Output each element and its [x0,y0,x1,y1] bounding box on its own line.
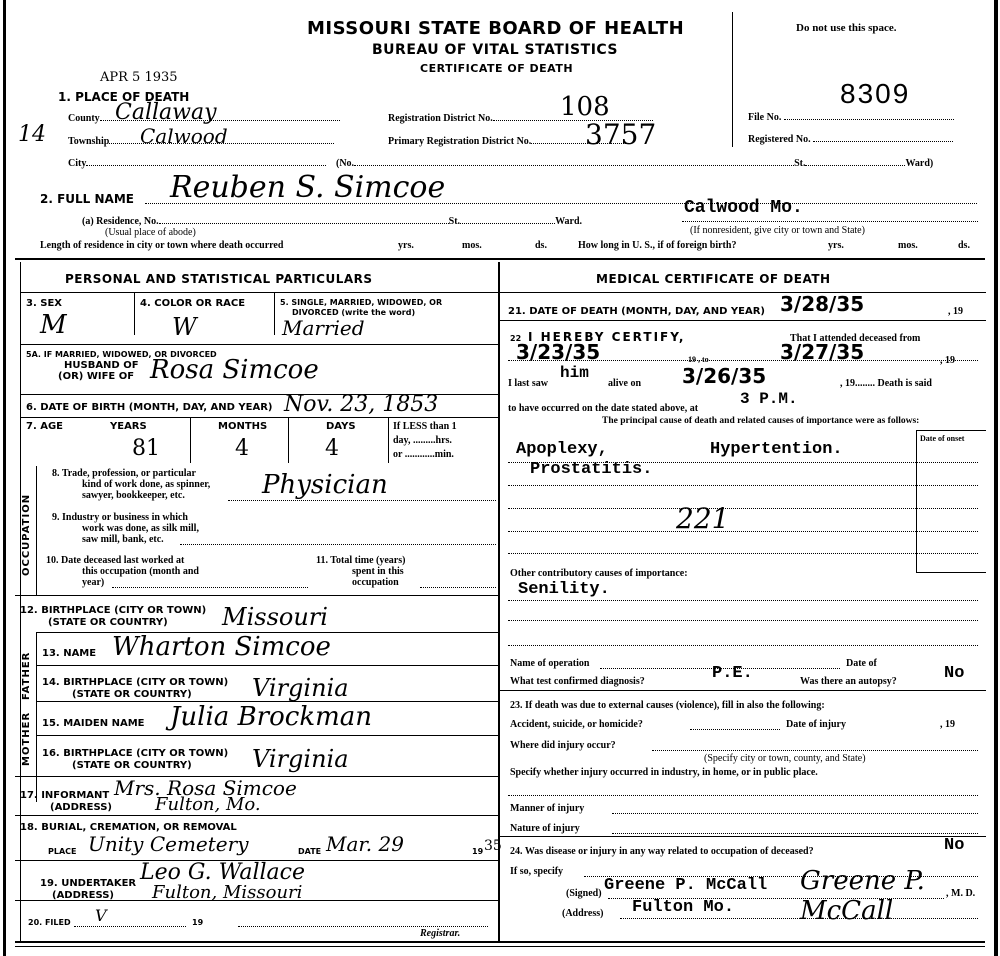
filed-value: V [95,906,107,925]
undertaker-label: 19. UNDERTAKER [40,878,136,889]
left-inner-border [20,262,21,942]
city-label: City [68,158,86,169]
header-divider [732,12,733,147]
file-number-value: 8309 [840,78,910,110]
city-field: City [68,158,326,169]
received-stamp: APR 5 1935 [100,70,178,85]
burial-year-value: 35 [484,838,502,854]
board-title: MISSOURI STATE BOARD OF HEALTH [307,18,684,39]
header-bottom-rule [15,258,985,260]
cause-3: Prostatitis. [530,460,652,479]
cause-2: Hypertention. [710,440,843,459]
physician-address-label: (Address) [562,908,603,919]
mother-name-value: Julia Brockman [170,702,372,732]
registrar-label: Registrar. [420,928,460,939]
birthplace-label: 12. BIRTHPLACE (CITY OR TOWN) [20,605,206,616]
occurred-label: to have occurred on the date stated abov… [508,403,698,414]
operation-label: Name of operation [510,658,589,669]
registration-district-label: Registration District No. [388,113,493,124]
age-years-value: 81 [132,436,160,461]
township-label: Township [68,136,109,147]
township-value: Calwood [140,124,228,148]
county-value: Callaway [115,100,217,125]
residence-st-label: St. [449,216,460,227]
occupation-related-value: No [944,836,964,855]
other-causes-value: Senility. [518,580,610,599]
personal-section-title: PERSONAL AND STATISTICAL PARTICULARS [65,272,373,286]
residence-value: Calwood Mo. [684,198,803,218]
length-of-residence-row: Length of residence in city or town wher… [40,240,980,251]
where-injury-label: Where did injury occur? [510,740,616,751]
date-of-injury-label: Date of injury [786,719,846,730]
less-than-day-label: If LESS than 1 [393,421,457,432]
physician-name-value: Greene P. McCall [604,876,767,895]
primary-registration-label: Primary Registration District No. [388,136,531,147]
file-no-label: File No. [748,112,781,123]
filed-label: 20. FILED [28,918,71,927]
do-not-use-label: Do not use this space. [796,22,897,34]
residence-label: (a) Residence, No. [82,216,159,227]
last-worked-label: 10. Date deceased last worked at [46,555,184,566]
medical-section-title: MEDICAL CERTIFICATE OF DEATH [596,272,831,286]
father-birthplace-value: Virginia [252,674,349,702]
industry-label: 9. Industry or business in which [52,512,188,523]
accident-label: Accident, suicide, or homicide? [510,719,643,730]
date-of-death-label: 21. DATE OF DEATH (MONTH, DAY, AND YEAR) [508,306,765,317]
father-name-label: 13. NAME [42,648,96,659]
ward-label: Ward) [905,158,933,169]
full-name-value: Reuben S. Simcoe [170,170,445,205]
marital-label: 5. SINGLE, MARRIED, WIDOWED, OR [280,298,442,307]
registered-no-label: Registered No. [748,134,811,145]
margin-mark: 14 [18,122,46,147]
time-of-death-value: 3 P.M. [740,390,798,408]
occupation-value: Physician [262,470,388,500]
length-of-residence-label: Length of residence in city or town wher… [40,240,283,251]
street-no-label: (No. [336,158,354,169]
autopsy-value: No [944,664,964,683]
county-label: County [68,113,100,124]
burial-place-value: Unity Cemetery [88,832,249,856]
burial-date-value: Mar. 29 [326,832,404,856]
sex-label: 3. SEX [26,298,62,309]
mother-birthplace-label: 16. BIRTHPLACE (CITY OR TOWN) [42,748,228,759]
last-saw-label: I last saw [508,378,548,389]
informant-label: 17. INFORMANT [20,790,109,801]
street-st-label: St. [794,158,805,169]
certificate-title: CERTIFICATE OF DEATH [420,62,573,75]
left-border [3,0,6,956]
age-days-value: 4 [325,436,339,461]
mother-birthplace-value: Virginia [252,745,349,773]
date-of-death-value: 3/28/35 [780,292,864,316]
right-border [994,0,998,956]
race-value: W [172,313,197,341]
street-field: (No.St.Ward) [336,158,972,169]
informant-address-value: Fulton, Mo. [155,794,261,815]
specify-injury-label: Specify whether injury occurred in indus… [510,767,818,778]
file-no-field: File No. [748,112,980,123]
cause-1: Apoplexy, [516,440,608,459]
primary-registration-value: 3757 [585,118,656,151]
occupation-related-label: 24. Was disease or injury in any way rel… [510,846,814,857]
nonresident-note: (If nonresident, give city or town and S… [690,225,865,236]
dob-label: 6. DATE OF BIRTH (MONTH, DAY, AND YEAR) [26,402,273,413]
full-name-label: 2. FULL NAME [40,192,134,206]
sex-value: M [40,310,67,340]
residence-ward-label: Ward. [555,216,582,227]
dob-value: Nov. 23, 1853 [284,392,438,417]
birthplace-value: Missouri [222,603,328,631]
test-confirmed-value: P.E. [712,664,753,683]
autopsy-label: Was there an autopsy? [800,676,897,687]
age-months-value: 4 [235,436,249,461]
marital-value: Married [282,316,365,340]
other-causes-label: Other contributory causes of importance: [510,568,688,579]
registered-no-field: Registered No. [748,134,980,145]
alive-on-value: 3/26/35 [682,364,766,388]
father-name-value: Wharton Simcoe [112,632,331,662]
residence-field: (a) Residence, No.St.Ward. [82,216,582,227]
signed-label: (Signed) [566,888,602,899]
if-so-specify-label: If so, specify [510,866,563,877]
last-saw-value: him [560,364,589,382]
onset-label: Date of onset [920,434,964,443]
manner-of-injury-label: Manner of injury [510,803,584,814]
total-time-label: 11. Total time (years) [316,555,405,566]
principal-cause-label: The principal cause of death and related… [602,416,982,426]
trade-label: 8. Trade, profession, or particular [52,468,196,479]
nature-of-injury-label: Nature of injury [510,823,580,834]
mother-side-label: MOTHER [21,704,32,774]
bureau-title: BUREAU OF VITAL STATISTICS [372,42,618,58]
mother-name-label: 15. MAIDEN NAME [42,718,144,729]
spouse-value: Rosa Simcoe [150,355,319,385]
test-confirmed-label: What test confirmed diagnosis? [510,676,645,687]
usual-place-note: (Usual place of abode) [105,227,196,238]
age-label: 7. AGE [26,421,63,432]
external-causes-label: 23. If death was due to external causes … [510,700,825,711]
attended-to-value: 3/27/35 [780,340,864,364]
bottom-rule [15,941,985,943]
physician-address-value: Fulton Mo. [632,898,734,917]
father-birthplace-label: 14. BIRTHPLACE (CITY OR TOWN) [42,677,228,688]
race-label: 4. COLOR OR RACE [140,298,245,309]
foreign-birth-label: How long in U. S., if of foreign birth? [578,240,736,251]
occupation-side-label: OCCUPATION [21,480,32,590]
